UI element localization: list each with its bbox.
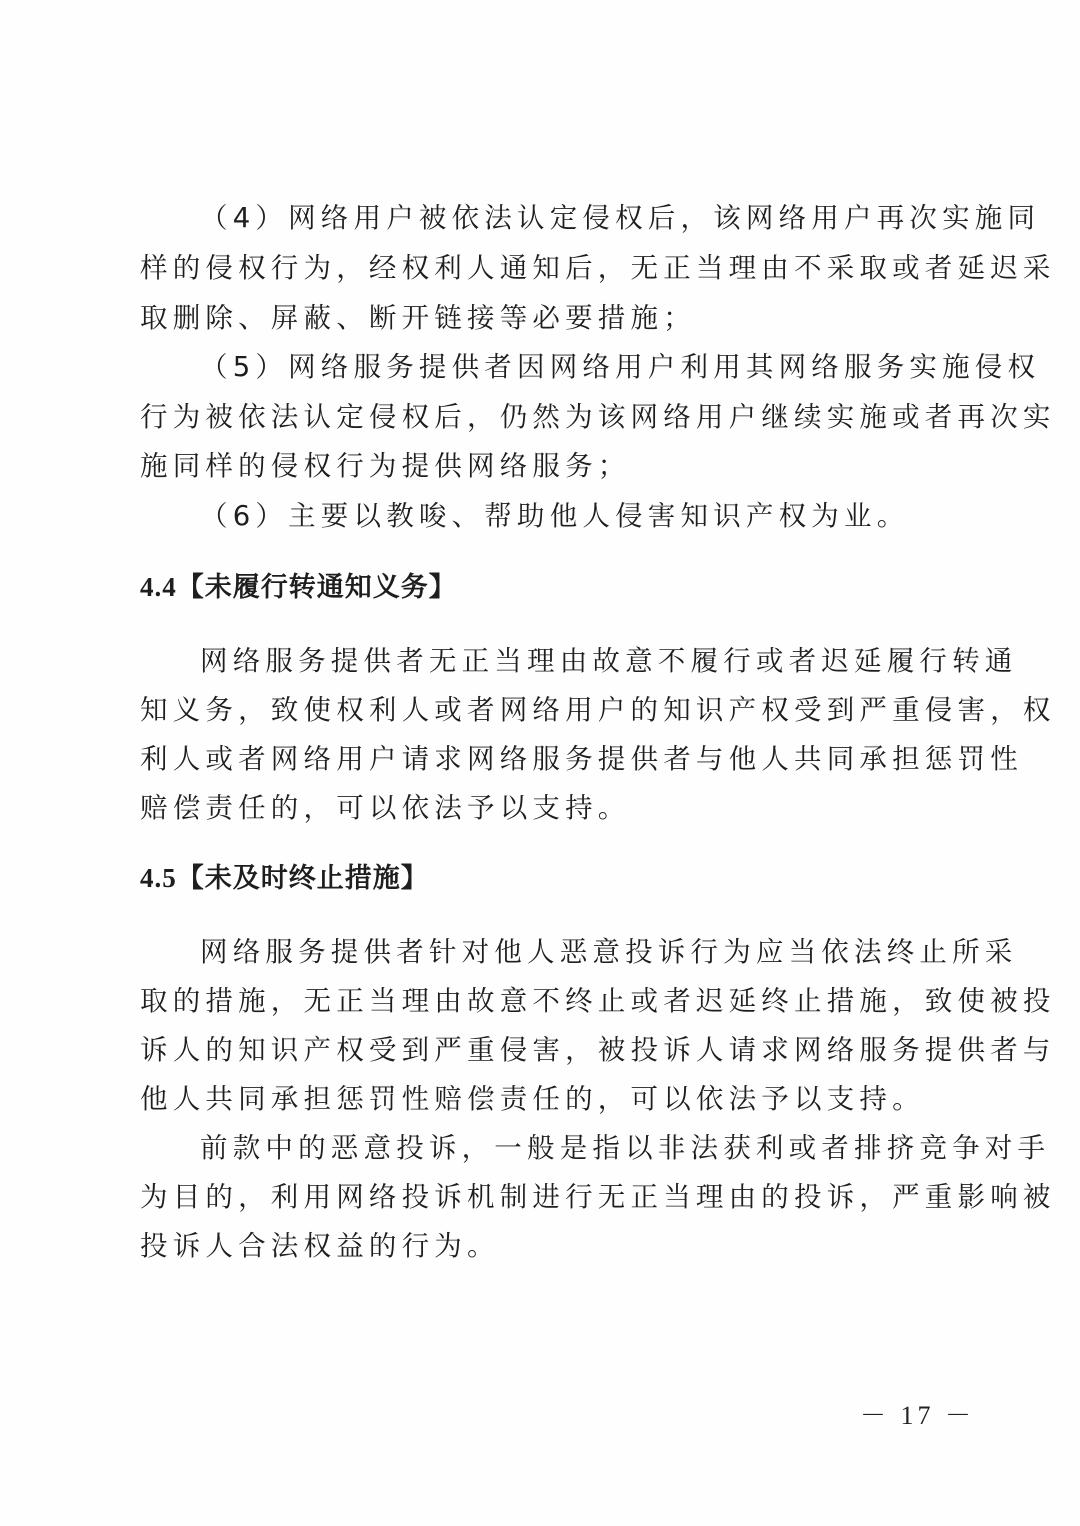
section-4-5-number: 4.5 (140, 863, 177, 893)
section-4-4-heading: 4.4【未履行转通知义务】 (140, 563, 457, 611)
item-5-line-1: （5）网络服务提供者因网络用户利用其网络服务实施侵权 (200, 343, 940, 391)
section-4-4-line-2: 知义务，致使权利人或者网络用户的知识产权受到严重侵害，权 (140, 686, 940, 734)
section-4-4-line-3: 利人或者网络用户请求网络服务提供者与他人共同承担惩罚性 (140, 735, 940, 783)
page-number: － 17 － (860, 1396, 975, 1436)
section-4-5-p1-line-1: 网络服务提供者针对他人恶意投诉行为应当依法终止所采 (200, 928, 940, 976)
item-5-line-2: 行为被依法认定侵权后，仍然为该网络用户继续实施或者再次实 (140, 393, 940, 441)
item-6-line-1: （6）主要以教唆、帮助他人侵害知识产权为业。 (200, 492, 940, 540)
section-4-4-line-1: 网络服务提供者无正当理由故意不履行或者迟延履行转通 (200, 637, 940, 685)
document-page: （4）网络用户被依法认定侵权后，该网络用户再次实施同 样的侵权行为，经权利人通知… (0, 0, 1080, 1526)
section-4-5-title: 【未及时终止措施】 (177, 863, 429, 894)
section-4-4-number: 4.4 (140, 572, 177, 602)
section-4-5-p1-line-3: 诉人的知识产权受到严重侵害，被投诉人请求网络服务提供者与 (140, 1026, 940, 1074)
section-4-5-p1-line-2: 取的措施，无正当理由故意不终止或者迟延终止措施，致使被投 (140, 977, 940, 1025)
section-4-5-p2-line-2: 为目的，利用网络投诉机制进行无正当理由的投诉，严重影响被 (140, 1173, 940, 1221)
section-4-5-p2-line-3: 投诉人合法权益的行为。 (140, 1222, 940, 1270)
item-5-line-3: 施同样的侵权行为提供网络服务； (140, 442, 940, 490)
section-4-5-p1-line-4: 他人共同承担惩罚性赔偿责任的，可以依法予以支持。 (140, 1075, 940, 1123)
section-4-5-heading: 4.5【未及时终止措施】 (140, 854, 429, 902)
item-4-line-2: 样的侵权行为，经权利人通知后，无正当理由不采取或者延迟采 (140, 244, 940, 292)
section-4-5-p2-line-1: 前款中的恶意投诉，一般是指以非法获利或者排挤竞争对手 (200, 1124, 940, 1172)
item-4-line-3: 取删除、屏蔽、断开链接等必要措施； (140, 294, 940, 342)
section-4-4-title: 【未履行转通知义务】 (177, 572, 457, 603)
section-4-4-line-4: 赔偿责任的，可以依法予以支持。 (140, 784, 940, 832)
item-4-line-1: （4）网络用户被依法认定侵权后，该网络用户再次实施同 (200, 194, 940, 242)
